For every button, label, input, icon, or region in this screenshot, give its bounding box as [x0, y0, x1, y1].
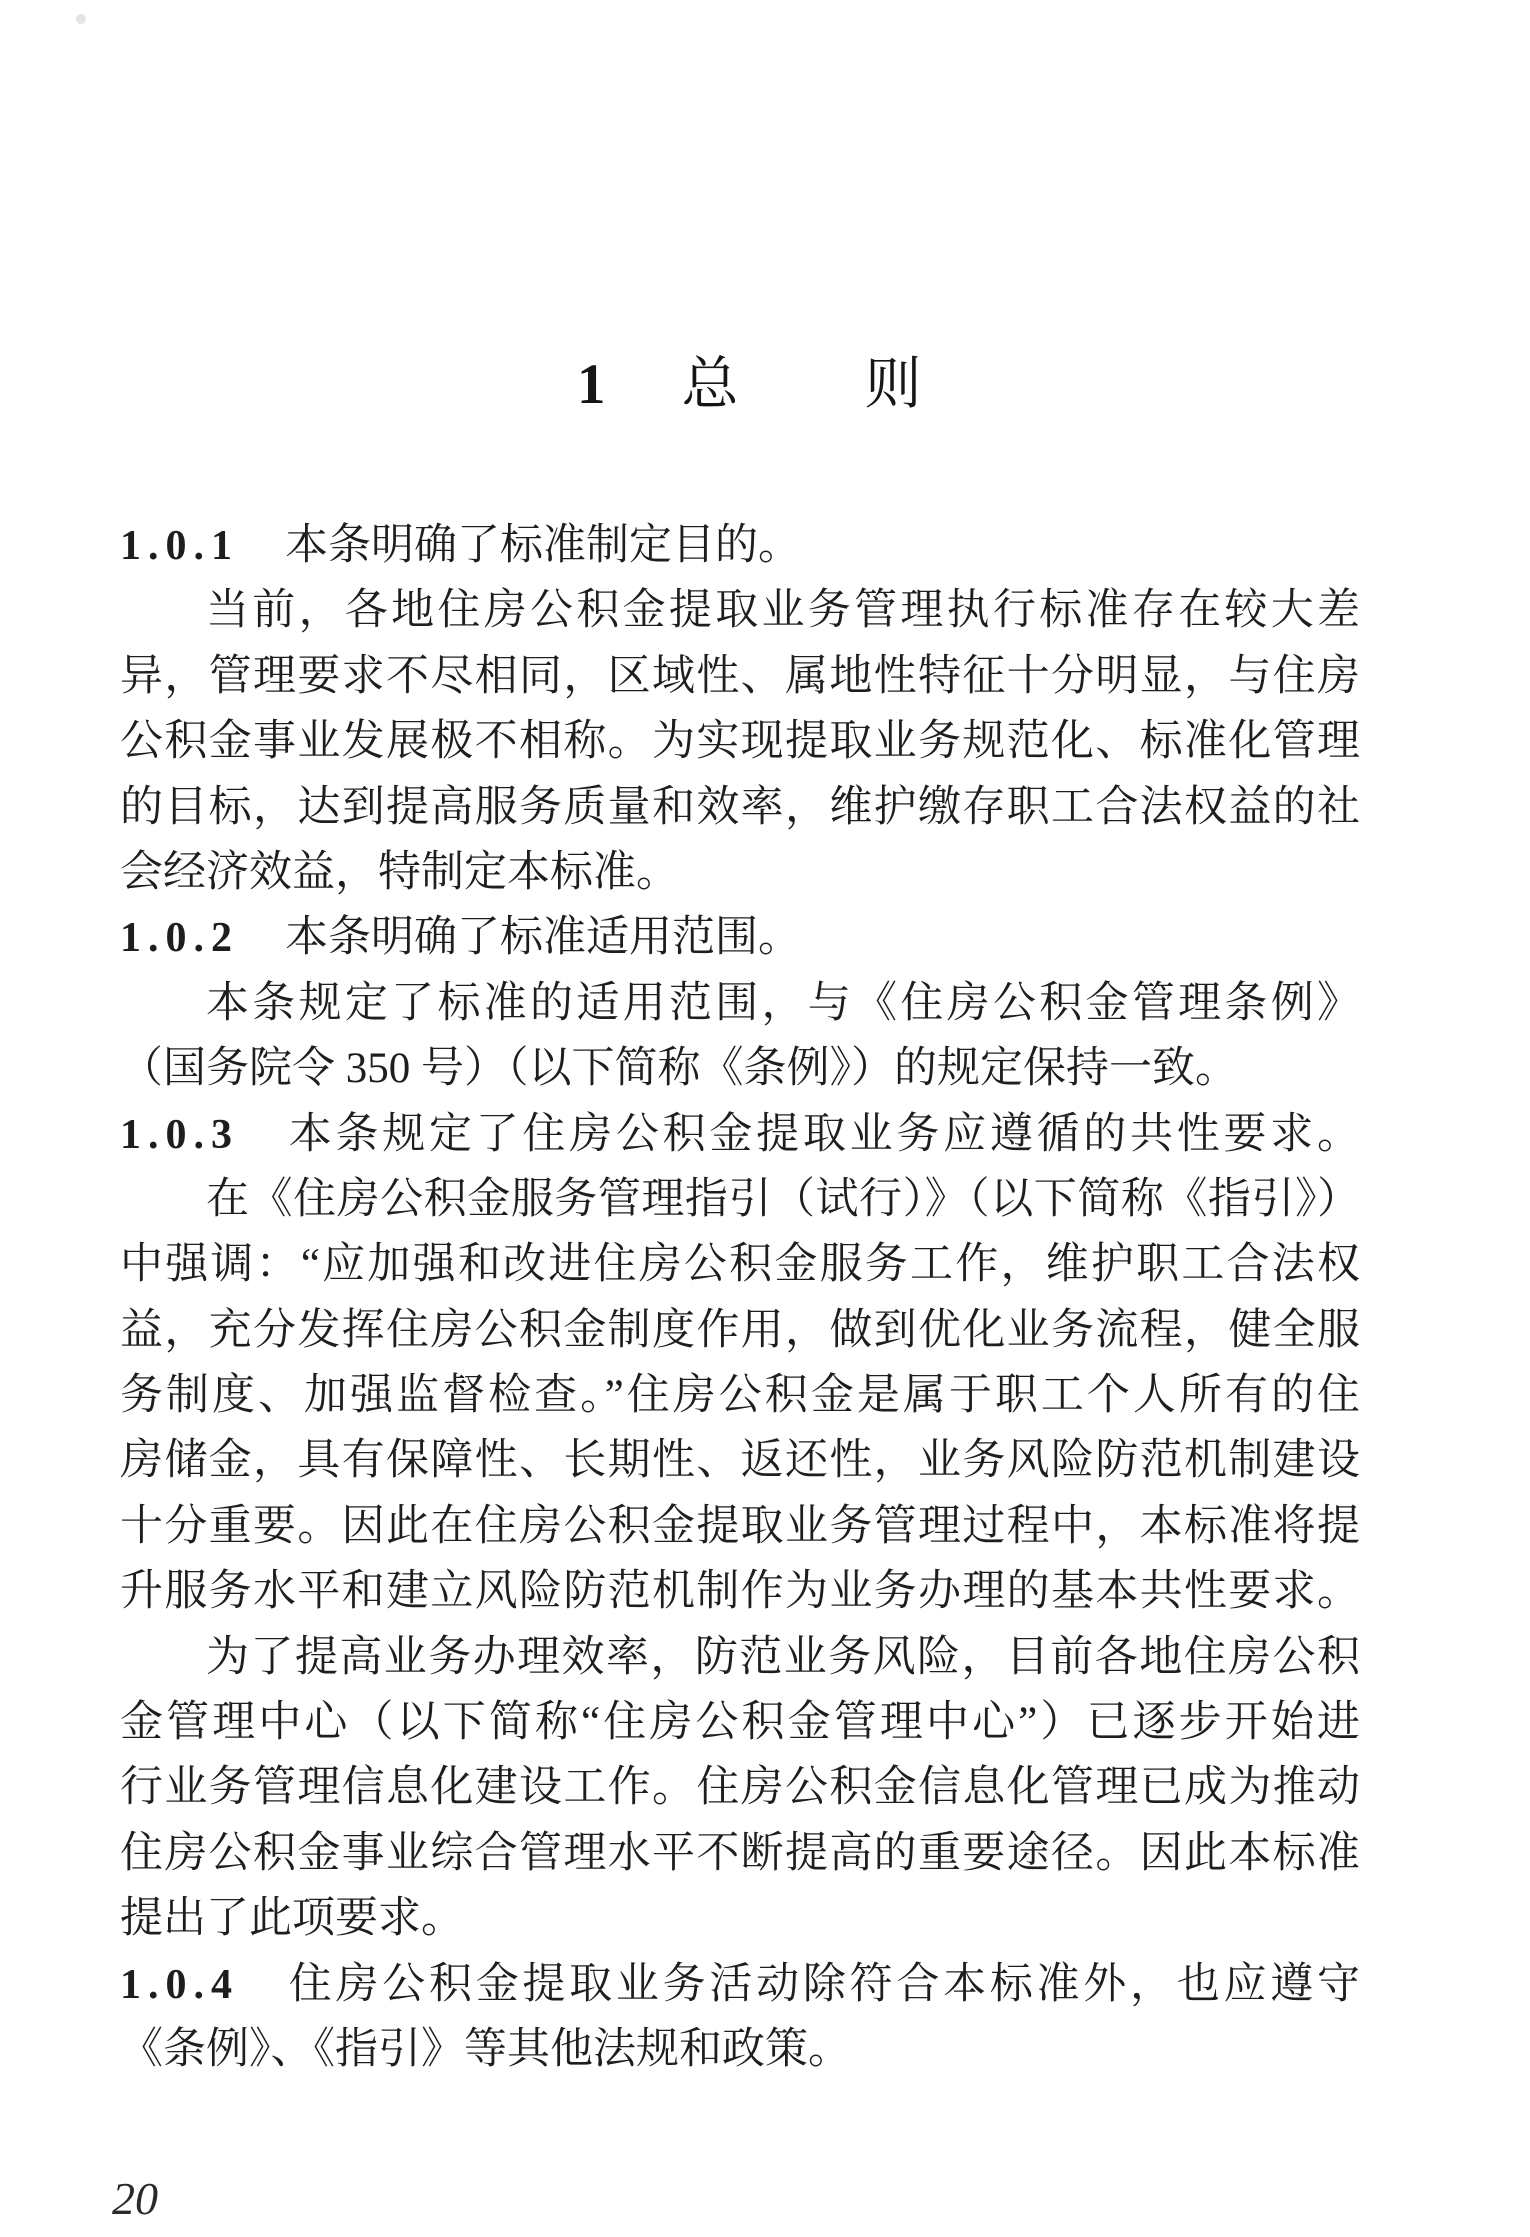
text-line: 会经济效益，特制定本标准。	[120, 840, 1360, 905]
text-line: 在《住房公积金服务管理指引（试行）》（以下简称《指引》）	[120, 1167, 1360, 1232]
text-line: 提出了此项要求。	[120, 1886, 1360, 1951]
text-line: 公积金事业发展极不相称。为实现提取业务规范化、标准化管理	[120, 709, 1360, 774]
scan-artifact-dot	[76, 14, 86, 24]
line-text: 《条例》、《指引》等其他法规和政策。	[120, 2026, 851, 2073]
clause-number: 1.0.2	[120, 915, 239, 961]
text-line: 1.0.1本条明确了标准制定目的。	[120, 513, 1360, 578]
text-line: 益，充分发挥住房公积金制度作用，做到优化业务流程，健全服	[120, 1298, 1360, 1363]
line-text: 住房公积金提取业务活动除符合本标准外，也应遵守	[285, 1961, 1360, 2008]
text-line: 务制度、加强监督检查。”住房公积金是属于职工个人所有的住	[120, 1363, 1360, 1428]
line-text: 行业务管理信息化建设工作。住房公积金信息化管理已成为推动	[120, 1764, 1360, 1811]
body-text: 1.0.1本条明确了标准制定目的。当前，各地住房公积金提取业务管理执行标准存在较…	[120, 513, 1360, 2082]
line-text: 本条规定了住房公积金提取业务应遵循的共性要求。	[285, 1111, 1360, 1158]
line-text: 中强调：“应加强和改进住房公积金服务工作，维护职工合法权	[120, 1241, 1360, 1288]
line-text: 十分重要。因此在住房公积金提取业务管理过程中，本标准将提	[120, 1503, 1360, 1550]
text-line: 的目标，达到提高服务质量和效率，维护缴存职工合法权益的社	[120, 775, 1360, 840]
text-line: 为了提高业务办理效率，防范业务风险，目前各地住房公积	[120, 1625, 1360, 1690]
line-text: 会经济效益，特制定本标准。	[120, 849, 679, 896]
line-text: （国务院令 350 号）（以下简称《条例》）的规定保持一致。	[120, 1045, 1238, 1092]
line-text: 升服务水平和建立风险防范机制作为业务办理的基本共性要求。	[120, 1568, 1360, 1615]
text-line: 金管理中心（以下简称“住房公积金管理中心”）已逐步开始进	[120, 1690, 1360, 1755]
line-text: 本条规定了标准的适用范围，与《住房公积金管理条例》	[206, 980, 1360, 1027]
text-line: 本条规定了标准的适用范围，与《住房公积金管理条例》	[120, 971, 1360, 1036]
clause-number: 1.0.4	[120, 1962, 239, 2008]
line-text: 本条明确了标准制定目的。	[285, 522, 801, 569]
text-line: （国务院令 350 号）（以下简称《条例》）的规定保持一致。	[120, 1036, 1360, 1101]
text-line: 1.0.2本条明确了标准适用范围。	[120, 905, 1360, 970]
text-line: 房储金，具有保障性、长期性、返还性，业务风险防范机制建设	[120, 1428, 1360, 1493]
line-text: 在《住房公积金服务管理指引（试行）》（以下简称《指引》）	[206, 1176, 1360, 1223]
text-line: 1.0.3本条规定了住房公积金提取业务应遵循的共性要求。	[120, 1102, 1360, 1167]
line-text: 公积金事业发展极不相称。为实现提取业务规范化、标准化管理	[120, 718, 1360, 765]
line-text: 益，充分发挥住房公积金制度作用，做到优化业务流程，健全服	[120, 1307, 1360, 1354]
text-line: 升服务水平和建立风险防范机制作为业务办理的基本共性要求。	[120, 1559, 1360, 1624]
text-line: 当前，各地住房公积金提取业务管理执行标准存在较大差	[120, 578, 1360, 643]
line-text: 的目标，达到提高服务质量和效率，维护缴存职工合法权益的社	[120, 784, 1360, 831]
line-text: 房储金，具有保障性、长期性、返还性，业务风险防范机制建设	[120, 1437, 1360, 1484]
text-line: 行业务管理信息化建设工作。住房公积金信息化管理已成为推动	[120, 1755, 1360, 1820]
text-line: 住房公积金事业综合管理水平不断提高的重要途径。因此本标准	[120, 1821, 1360, 1886]
chapter-title-char-1: 总	[682, 346, 739, 424]
line-text: 务制度、加强监督检查。”住房公积金是属于职工个人所有的住	[120, 1372, 1360, 1419]
text-line: 《条例》、《指引》等其他法规和政策。	[120, 2017, 1360, 2082]
line-text: 当前，各地住房公积金提取业务管理执行标准存在较大差	[206, 587, 1360, 634]
line-text: 提出了此项要求。	[120, 1895, 464, 1942]
text-line: 1.0.4住房公积金提取业务活动除符合本标准外，也应遵守	[120, 1952, 1360, 2017]
clause-number: 1.0.1	[120, 523, 239, 569]
clause-number: 1.0.3	[120, 1112, 239, 1158]
text-line: 十分重要。因此在住房公积金提取业务管理过程中，本标准将提	[120, 1494, 1360, 1559]
line-text: 异，管理要求不尽相同，区域性、属地性特征十分明显，与住房	[120, 653, 1360, 700]
line-text: 住房公积金事业综合管理水平不断提高的重要途径。因此本标准	[120, 1830, 1360, 1877]
line-text: 本条明确了标准适用范围。	[285, 914, 801, 961]
text-line: 中强调：“应加强和改进住房公积金服务工作，维护职工合法权	[120, 1232, 1360, 1297]
chapter-title: 1 总 则	[577, 346, 922, 424]
chapter-title-char-2: 则	[865, 346, 922, 424]
chapter-number: 1	[577, 346, 606, 424]
line-text: 为了提高业务办理效率，防范业务风险，目前各地住房公积	[206, 1634, 1360, 1681]
text-line: 异，管理要求不尽相同，区域性、属地性特征十分明显，与住房	[120, 644, 1360, 709]
line-text: 金管理中心（以下简称“住房公积金管理中心”）已逐步开始进	[120, 1699, 1360, 1746]
document-page: 1 总 则 1.0.1本条明确了标准制定目的。当前，各地住房公积金提取业务管理执…	[0, 0, 1530, 2237]
page-number: 20	[112, 2172, 158, 2225]
